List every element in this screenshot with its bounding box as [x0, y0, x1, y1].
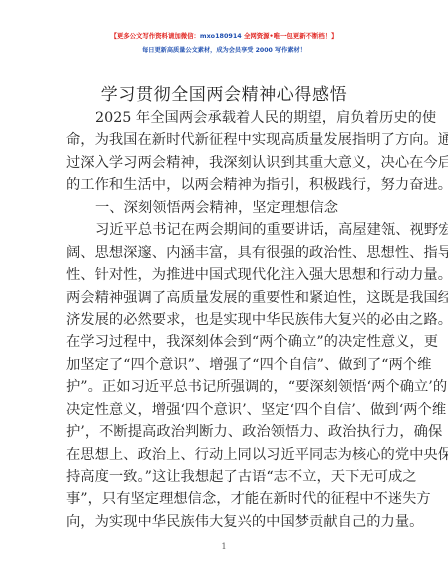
body-text-line: 加坚定了“四个意识”、增强了“四个自信”、做到了“两个维 [66, 354, 384, 376]
promo-banner-line-1: 【更多公文写作资料请加微信：mxo180914 全网资源•唯一包更新不断档！】 [0, 31, 448, 40]
document-body: 2025 年全国两会承载着人民的期望，肩负着历史的使命，为我国在新时代新征程中实… [66, 107, 384, 533]
body-text-line: 护’，不断提高政治判断力、政治领悟力、政治执行力，确保 [66, 421, 384, 443]
body-text-line: 两会精神强调了高质量发展的重要性和紧迫性，这既是我国经 [66, 287, 384, 309]
body-text-line: 命，为我国在新时代新征程中实现高质量发展指明了方向。通 [66, 129, 384, 151]
document-title: 学习贯彻全国两会精神心得感悟 [0, 80, 448, 105]
body-text-line: 习近平总书记在两会期间的重要讲话，高屋建瓴、视野宏 [66, 219, 384, 241]
body-text-line: 过深入学习两会精神，我深刻认识到其重大意义，决心在今后 [66, 152, 384, 174]
body-text-line: 2025 年全国两会承载着人民的期望，肩负着历史的使 [66, 107, 384, 129]
body-text-line: 济发展的必然要求，也是实现中华民族伟大复兴的必由之路。 [66, 309, 384, 331]
body-text-line: 的工作和生活中，以两会精神为指引，积极践行，努力奋进。 [66, 174, 384, 196]
body-text-line: 向，为实现中华民族伟大复兴的中国梦贡献自己的力量。 [66, 511, 384, 533]
body-text-line: 在学习过程中，我深刻体会到“两个确立”的决定性意义，更 [66, 331, 384, 353]
body-text-line: 一、深刻领悟两会精神，坚定理想信念 [66, 197, 384, 219]
body-text-line: 决定性意义，增强‘四个意识’、坚定‘四个自信’、做到‘两个维 [66, 399, 384, 421]
body-text-line: 事”，只有坚定理想信念，才能在新时代的征程中不迷失方 [66, 488, 384, 510]
promo-text-end: 全网资源•唯一包更新不断档！】 [242, 32, 338, 40]
wechat-id: mxo180914 [200, 32, 242, 40]
page-number: 1 [0, 542, 448, 551]
body-text-line: 性、针对性，为推进中国式现代化注入强大思想和行动力量。 [66, 264, 384, 286]
body-text-line: 护”。正如习近平总书记所强调的，“要深刻领悟‘两个确立’的 [66, 376, 384, 398]
promo-banner-line-2: 每日更新高质量公文素材，成为会员享受 2000 写作素材！ [0, 45, 448, 54]
body-text-line: 持高度一致。”这让我想起了古语“志不立，天下无可成之 [66, 466, 384, 488]
promo-text-start: 【更多公文写作资料请加微信： [110, 32, 199, 40]
document-page: 【更多公文写作资料请加微信：mxo180914 全网资源•唯一包更新不断档！】 … [0, 0, 448, 580]
body-text-line: 在思想上、政治上、行动上同以习近平同志为核心的党中央保 [66, 444, 384, 466]
body-text-line: 阔、思想深邃、内涵丰富，具有很强的政治性、思想性、指导 [66, 242, 384, 264]
